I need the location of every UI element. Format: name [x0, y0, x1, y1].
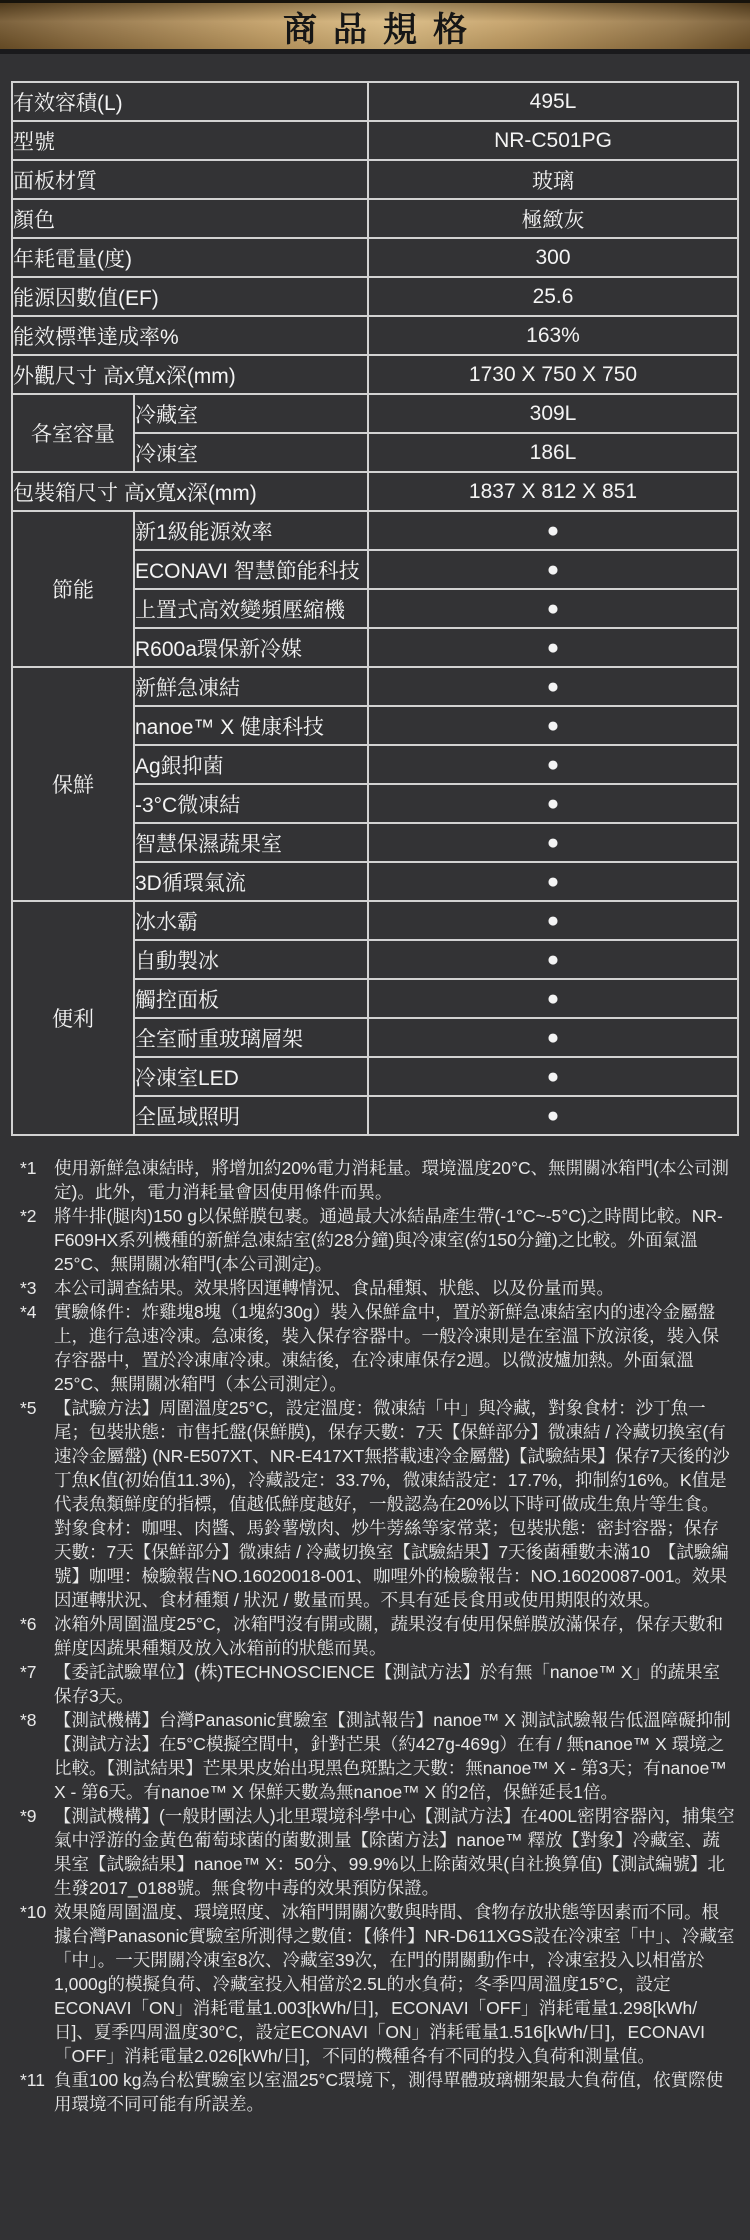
feature-label: 觸控面板 — [134, 979, 368, 1018]
footnote: *11負重100 kg為台松實驗室以室溫25°C環境下，測得單體玻璃棚架最大負荷… — [20, 2068, 736, 2116]
footnote-marker: *8 — [20, 1708, 54, 1804]
footnote-text: 負重100 kg為台松實驗室以室溫25°C環境下，測得單體玻璃棚架最大負荷值，依… — [54, 2068, 736, 2116]
footnote-marker: *11 — [20, 2068, 54, 2116]
spec-label: 年耗電量(度) — [12, 238, 368, 277]
feature-bullet: ● — [368, 862, 738, 901]
footnote-text: 效果隨周圍溫度、環境照度、冰箱門開關次數與時間、食物存放狀態等因素而不同。根據台… — [54, 1900, 736, 2068]
feature-bullet: ● — [368, 667, 738, 706]
footnote-marker: *4 — [20, 1300, 54, 1396]
spec-row: 包裝箱尺寸 高x寬x深(mm)1837 X 812 X 851 — [12, 472, 738, 511]
spec-row: 有效容積(L)495L — [12, 82, 738, 121]
spec-label: 面板材質 — [12, 160, 368, 199]
feature-bullet: ● — [368, 628, 738, 667]
feature-bullet: ● — [368, 1057, 738, 1096]
spec-row: 能效標準達成率%163% — [12, 316, 738, 355]
footnote-text: 使用新鮮急凍結時，將增加約20%電力消耗量。環境溫度20°C、無開關冰箱門(本公… — [54, 1156, 736, 1204]
footnote-text: 本公司調查結果。效果將因運轉情況、食品種類、狀態、以及份量而異。 — [54, 1276, 736, 1300]
footnotes: *1使用新鮮急凍結時，將增加約20%電力消耗量。環境溫度20°C、無開關冰箱門(… — [0, 1156, 750, 2116]
feature-label: 冰水霸 — [134, 901, 368, 940]
footnote-marker: *1 — [20, 1156, 54, 1204]
spec-row: 外觀尺寸 高x寬x深(mm)1730 X 750 X 750 — [12, 355, 738, 394]
feature-bullet: ● — [368, 901, 738, 940]
footnote-marker: *2 — [20, 1204, 54, 1276]
footnote-marker: *3 — [20, 1276, 54, 1300]
spec-value: 25.6 — [368, 277, 738, 316]
feature-bullet: ● — [368, 745, 738, 784]
capacity-group-label: 各室容量 — [12, 394, 134, 472]
feature-label: 新1級能源效率 — [134, 511, 368, 550]
feature-row: 便利冰水霸● — [12, 901, 738, 940]
footnote-marker: *5 — [20, 1396, 54, 1612]
feature-row: 保鮮新鮮急凍結● — [12, 667, 738, 706]
footnote: *2將牛排(腿肉)150 g以保鮮膜包裹。通過最大冰結晶產生帶(-1°C~-5°… — [20, 1204, 736, 1276]
spec-row: 年耗電量(度)300 — [12, 238, 738, 277]
feature-bullet: ● — [368, 940, 738, 979]
footnote: *3本公司調查結果。效果將因運轉情況、食品種類、狀態、以及份量而異。 — [20, 1276, 736, 1300]
footnote-text: 實驗條件：炸雞塊8塊（1塊約30g）裝入保鮮盒中，置於新鮮急凍結室内的速冷金屬盤… — [54, 1300, 736, 1396]
footnote: *6冰箱外周圍溫度25°C，冰箱門沒有開或關，蔬果沒有使用保鮮膜放滿保存，保存天… — [20, 1612, 736, 1660]
footnote-text: 【試驗方法】周圍溫度25°C，設定溫度：微凍結「中」與冷藏，對象食材：沙丁魚一尾… — [54, 1396, 736, 1612]
spec-label: 能效標準達成率% — [12, 316, 368, 355]
feature-label: 新鮮急凍結 — [134, 667, 368, 706]
spec-label: 外觀尺寸 高x寬x深(mm) — [12, 355, 368, 394]
footnote-marker: *7 — [20, 1660, 54, 1708]
footnote-text: 【委託試驗單位】(株)TECHNOSCIENCE【測試方法】於有無「nanoe™… — [54, 1660, 736, 1708]
spec-label: 型號 — [12, 121, 368, 160]
spec-value: 495L — [368, 82, 738, 121]
footnote: *1使用新鮮急凍結時，將增加約20%電力消耗量。環境溫度20°C、無開關冰箱門(… — [20, 1156, 736, 1204]
footnote-marker: *6 — [20, 1612, 54, 1660]
footnote: *5【試驗方法】周圍溫度25°C，設定溫度：微凍結「中」與冷藏，對象食材：沙丁魚… — [20, 1396, 736, 1612]
feature-bullet: ● — [368, 823, 738, 862]
feature-label: 全室耐重玻璃層架 — [134, 1018, 368, 1057]
spec-row: 能源因數值(EF)25.6 — [12, 277, 738, 316]
footnote: *10效果隨周圍溫度、環境照度、冰箱門開關次數與時間、食物存放狀態等因素而不同。… — [20, 1900, 736, 2068]
group-label-fresh: 保鮮 — [12, 667, 134, 901]
spec-label: 顏色 — [12, 199, 368, 238]
feature-label: nanoe™ X 健康科技 — [134, 706, 368, 745]
spec-label: 能源因數值(EF) — [12, 277, 368, 316]
spec-table: 有效容積(L)495L 型號NR-C501PG 面板材質玻璃 顏色極緻灰 年耗電… — [11, 81, 739, 1136]
spec-value: 300 — [368, 238, 738, 277]
spec-value: 玻璃 — [368, 160, 738, 199]
spec-label: 有效容積(L) — [12, 82, 368, 121]
spec-value: 1730 X 750 X 750 — [368, 355, 738, 394]
feature-bullet: ● — [368, 706, 738, 745]
spec-row: 面板材質玻璃 — [12, 160, 738, 199]
capacity-value: 309L — [368, 394, 738, 433]
feature-bullet: ● — [368, 589, 738, 628]
feature-label: 3D循環氣流 — [134, 862, 368, 901]
spec-value: NR-C501PG — [368, 121, 738, 160]
capacity-label: 冷藏室 — [134, 394, 368, 433]
page-title: 商品規格 — [267, 2, 483, 51]
footnote-text: 將牛排(腿肉)150 g以保鮮膜包裹。通過最大冰結晶產生帶(-1°C~-5°C)… — [54, 1204, 736, 1276]
capacity-label: 冷凍室 — [134, 433, 368, 472]
capacity-value: 186L — [368, 433, 738, 472]
group-label-energy: 節能 — [12, 511, 134, 667]
capacity-row: 各室容量冷藏室309L — [12, 394, 738, 433]
feature-label: R600a環保新冷媒 — [134, 628, 368, 667]
footnote-text: 冰箱外周圍溫度25°C，冰箱門沒有開或關，蔬果沒有使用保鮮膜放滿保存，保存天數和… — [54, 1612, 736, 1660]
feature-bullet: ● — [368, 1018, 738, 1057]
footnote: *4實驗條件：炸雞塊8塊（1塊約30g）裝入保鮮盒中，置於新鮮急凍結室内的速冷金… — [20, 1300, 736, 1396]
spec-value: 極緻灰 — [368, 199, 738, 238]
feature-bullet: ● — [368, 979, 738, 1018]
footnote: *9【測試機構】(一般財團法人)北里環境科學中心【測試方法】在400L密閉容器內… — [20, 1804, 736, 1900]
footnote-marker: *10 — [20, 1900, 54, 2068]
feature-bullet: ● — [368, 550, 738, 589]
group-label-convenience: 便利 — [12, 901, 134, 1135]
feature-label: 自動製冰 — [134, 940, 368, 979]
footnote-text: 【測試機構】台灣Panasonic實驗室【測試報告】nanoe™ X 測試試驗報… — [54, 1708, 736, 1804]
footnote-text: 【測試機構】(一般財團法人)北里環境科學中心【測試方法】在400L密閉容器內，捕… — [54, 1804, 736, 1900]
feature-label: Ag銀抑菌 — [134, 745, 368, 784]
feature-label: 冷凍室LED — [134, 1057, 368, 1096]
spec-label: 包裝箱尺寸 高x寬x深(mm) — [12, 472, 368, 511]
feature-row: 節能新1級能源效率● — [12, 511, 738, 550]
footnote: *7【委託試驗單位】(株)TECHNOSCIENCE【測試方法】於有無「nano… — [20, 1660, 736, 1708]
feature-label: 全區域照明 — [134, 1096, 368, 1135]
spec-value: 1837 X 812 X 851 — [368, 472, 738, 511]
feature-label: ECONAVI 智慧節能科技 — [134, 550, 368, 589]
spec-row: 型號NR-C501PG — [12, 121, 738, 160]
feature-label: 智慧保濕蔬果室 — [134, 823, 368, 862]
feature-bullet: ● — [368, 1096, 738, 1135]
feature-bullet: ● — [368, 511, 738, 550]
spec-row: 顏色極緻灰 — [12, 199, 738, 238]
feature-label: 上置式高效變頻壓縮機 — [134, 589, 368, 628]
feature-bullet: ● — [368, 784, 738, 823]
spec-value: 163% — [368, 316, 738, 355]
footnote: *8【測試機構】台灣Panasonic實驗室【測試報告】nanoe™ X 測試試… — [20, 1708, 736, 1804]
footnote-marker: *9 — [20, 1804, 54, 1900]
feature-label: -3°C微凍結 — [134, 784, 368, 823]
header-band: 商品規格 — [0, 0, 750, 54]
